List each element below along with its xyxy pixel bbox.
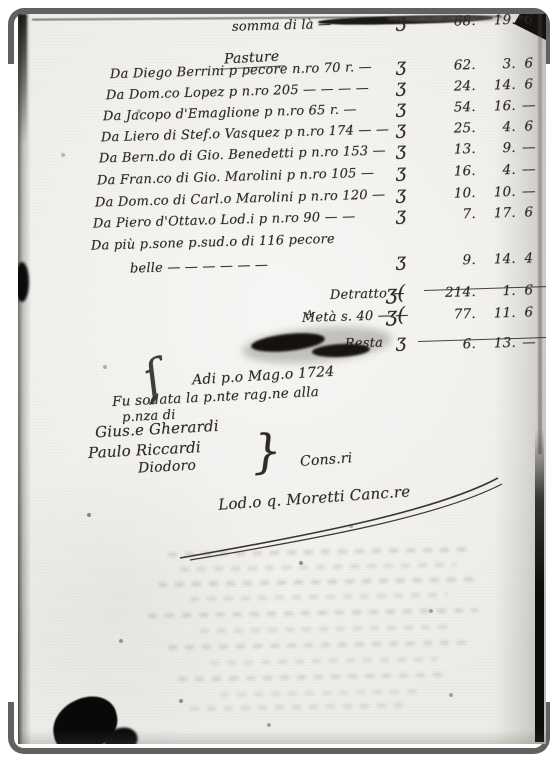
- amount-denari: —: [516, 97, 542, 114]
- currency-symbol: ʒ: [396, 250, 407, 271]
- entry-text: Da più p.sone p.sud.o di 116 pecore: [91, 232, 335, 254]
- amount-soldi: 9.: [476, 140, 516, 157]
- currency-symbol: ʒ: [396, 331, 407, 352]
- amount: 9. 14. 4: [436, 250, 542, 269]
- currency-symbol: ʒ: [396, 161, 407, 182]
- amount-lire: 25.: [436, 120, 476, 137]
- bleed-through-line: [158, 577, 476, 587]
- paper-specks: [18, 14, 20, 16]
- amount-denari: 4: [516, 250, 542, 267]
- amount: 77. 11. 6: [436, 304, 542, 323]
- amount-soldi: 16.: [476, 98, 516, 115]
- amount-soldi: 11.: [476, 305, 516, 322]
- amount-soldi: 13.: [476, 335, 516, 352]
- amount: 24. 14. 6: [436, 76, 542, 95]
- currency-symbol: ʒ: [396, 14, 407, 32]
- amount-denari: —: [516, 161, 542, 178]
- amount: 16. 4. —: [436, 161, 542, 180]
- sum-forward-text: somma di là —: [232, 17, 332, 35]
- grouping-brace: }: [250, 423, 283, 479]
- amount-lire: 16.: [436, 163, 476, 180]
- amount-denari: 6: [516, 304, 542, 321]
- amount-lire: 62.: [436, 57, 476, 74]
- bleed-through-line: [148, 608, 478, 618]
- amount-soldi: 10.: [476, 184, 516, 201]
- amount-lire: 9.: [436, 252, 476, 269]
- amount-denari: —: [516, 139, 542, 156]
- currency-symbol: ʒ: [396, 183, 407, 204]
- bleed-through-line: [190, 593, 448, 602]
- bottom-edge-shadow: [18, 730, 546, 744]
- manuscript-page: somma di là — ʒ 68. 19. 6 Pasture Da Die…: [18, 14, 546, 744]
- amount-lire: 6.: [436, 336, 476, 353]
- entry-text: Da Dom.co di Carl.o Marolini p n.ro 120 …: [95, 187, 386, 210]
- currency-symbol: ʒ: [396, 118, 407, 139]
- currency-symbol: ʒ: [396, 76, 407, 97]
- amount-soldi: 4.: [476, 162, 516, 179]
- bleed-through-line: [178, 673, 446, 682]
- entry-text-continued: belle — — — — — —: [130, 258, 269, 277]
- currency-symbol: ʒ: [396, 204, 407, 225]
- bleed-through-line: [210, 657, 438, 665]
- currency-symbol: ʒ: [396, 139, 407, 160]
- amount-denari: 6: [516, 76, 542, 93]
- amount-denari: —: [516, 334, 542, 351]
- amount-lire: 77.: [436, 306, 476, 323]
- amount: 7. 17. 6: [436, 204, 542, 223]
- bleed-through-line: [220, 689, 418, 696]
- amount-soldi: 3.: [476, 56, 516, 73]
- amount-lire: 7.: [436, 206, 476, 223]
- amount: 6. 13. —: [436, 334, 542, 353]
- currency-symbol: ʒ(: [385, 280, 405, 305]
- amount-lire: 54.: [436, 99, 476, 116]
- amount-soldi: 1.: [476, 283, 516, 300]
- amount: 54. 16. —: [436, 97, 542, 116]
- bleed-through-line: [200, 625, 448, 633]
- currency-symbol: ʒ: [396, 97, 407, 118]
- amount-soldi: 17.: [476, 205, 516, 222]
- amount: 10. 10. —: [436, 183, 542, 202]
- bleed-through-line: [168, 640, 468, 649]
- book-edge-shadow: [535, 429, 544, 742]
- amount-lire: 13.: [436, 141, 476, 158]
- currency-symbol: ʒ: [396, 55, 407, 76]
- amount-soldi: 14.: [476, 251, 516, 268]
- entry-text: Da Piero d'Ottav.o Lod.i p n.ro 90 — —: [93, 209, 356, 231]
- currency-symbol: ʒ(: [385, 302, 405, 327]
- attestation-line: Fu sodata la p.nte rag.ne alla: [112, 384, 320, 410]
- amount-denari: —: [516, 183, 542, 200]
- amount-lire: 24.: [436, 78, 476, 95]
- amount-denari: 6: [516, 282, 542, 299]
- amount-soldi: 4.: [476, 119, 516, 136]
- manuscript-scan-viewer: somma di là — ʒ 68. 19. 6 Pasture Da Die…: [0, 0, 558, 760]
- amount-denari: 6: [516, 204, 542, 221]
- amount: 13. 9. —: [436, 139, 542, 158]
- amount-denari: 6: [516, 118, 542, 135]
- amount-lire: 214.: [436, 284, 476, 301]
- bleed-through-line: [190, 703, 408, 711]
- amount-soldi: 14.: [476, 77, 516, 94]
- amount-denari: 6: [516, 55, 542, 72]
- entry-text: Da Diego Berrini p pecore n.ro 70 r. —: [110, 60, 372, 82]
- signatures-role-label: Cons.ri: [300, 450, 353, 470]
- amount: 25. 4. 6: [436, 118, 542, 137]
- amount: 62. 3. 6: [436, 55, 542, 74]
- entry-text: Da Jacopo d'Emaglione p n.ro 65 r. —: [103, 102, 357, 124]
- amount-lire: 10.: [436, 185, 476, 202]
- entry-text: Da Dom.co Lopez p n.ro 205 — — — —: [106, 81, 369, 103]
- entry-text: Da Fran.co di Gio. Marolini p n.ro 105 —: [97, 166, 375, 189]
- amount: 214. 1. 6: [436, 282, 542, 301]
